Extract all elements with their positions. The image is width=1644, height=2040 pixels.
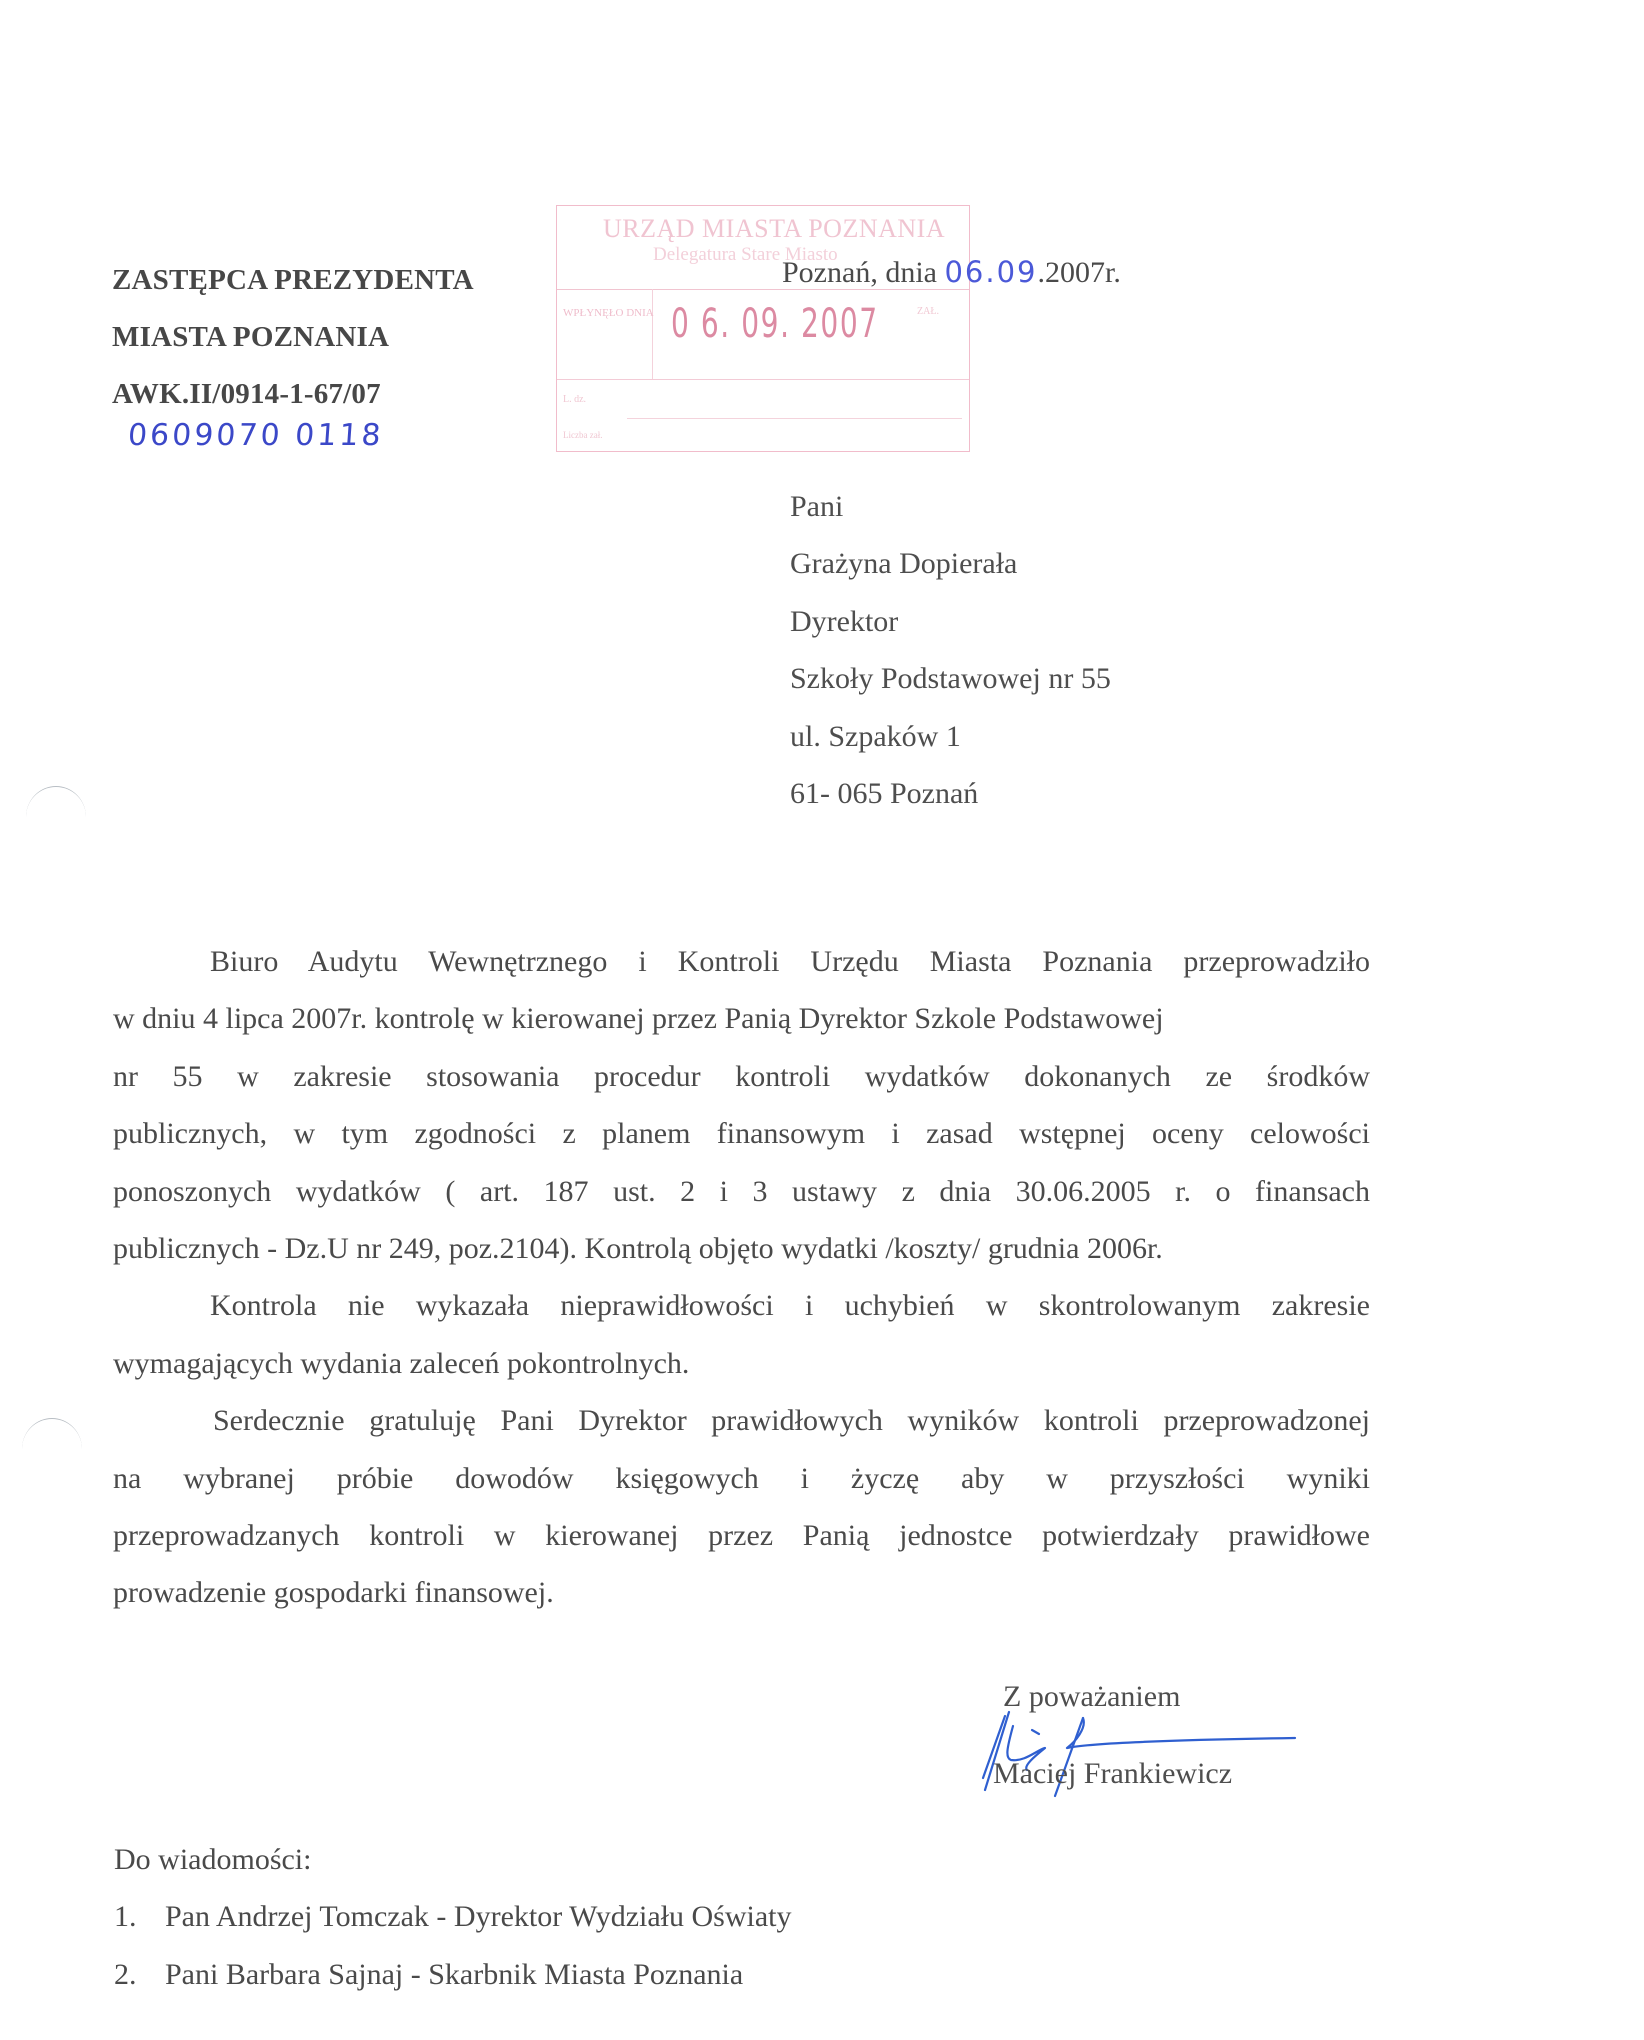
cc-item-text: Pan Andrzej Tomczak - Dyrektor Wydziału … — [165, 1888, 791, 1945]
stamp-received-label: WPŁYNĘŁO DNIA — [563, 306, 651, 320]
stamp-received-date: 0 6. 09. 2007 — [671, 301, 879, 347]
body-line: na wybranej próbie dowodów księgowych i … — [113, 1450, 1370, 1507]
body-line: Serdecznie gratuluję Pani Dyrektor prawi… — [113, 1392, 1370, 1449]
sender-city: MIASTA POZNANIA — [112, 309, 474, 366]
addressee-line: 61- 065 Poznań — [790, 765, 1111, 822]
stamp-right-label: ZAŁ. — [917, 306, 939, 317]
punch-hole-mark — [22, 1418, 82, 1449]
sender-block: ZASTĘPCA PREZYDENTA MIASTA POZNANIA AWK.… — [112, 252, 474, 423]
received-stamp: URZĄD MIASTA POZNANIA Delegatura Stare M… — [556, 205, 970, 452]
addressee-line: ul. Szpaków 1 — [790, 708, 1111, 765]
addressee-line: Grażyna Dopierała — [790, 535, 1111, 592]
cc-item: 1. Pan Andrzej Tomczak - Dyrektor Wydzia… — [114, 1888, 791, 1945]
handwritten-date: 06.09 — [944, 255, 1037, 289]
sender-title: ZASTĘPCA PREZYDENTA — [112, 252, 474, 309]
body-line: publicznych - Dz.U nr 249, poz.2104). Ko… — [113, 1220, 1370, 1277]
addressee-line: Szkoły Podstawowej nr 55 — [790, 650, 1111, 707]
letter-body: Biuro Audytu Wewnętrznego i Kontroli Urz… — [113, 933, 1370, 1622]
cc-list: Do wiadomości: 1. Pan Andrzej Tomczak - … — [114, 1831, 791, 2003]
body-line: Biuro Audytu Wewnętrznego i Kontroli Urz… — [113, 933, 1370, 990]
punch-hole-mark — [26, 786, 86, 817]
cc-item: 2. Pani Barbara Sajnaj - Skarbnik Miasta… — [114, 1946, 791, 2003]
body-line: nr 55 w zakresie stosowania procedur kon… — [113, 1048, 1370, 1105]
stamp-office: URZĄD MIASTA POZNANIA — [603, 214, 945, 244]
stamp-divider — [627, 418, 962, 419]
handwritten-registration-number: 0609070 0118 — [127, 418, 385, 453]
date-line: Poznań, dnia 06.09.2007r. — [782, 255, 1121, 290]
cc-item-number: 2. — [114, 1946, 165, 2003]
body-line: ponoszonych wydatków ( art. 187 ust. 2 i… — [113, 1163, 1370, 1220]
stamp-divider — [652, 289, 653, 379]
stamp-divider — [557, 379, 969, 380]
body-line: w dniu 4 lipca 2007r. kontrolę w kierowa… — [113, 990, 1370, 1047]
body-line: wymagających wydania zaleceń pokontrolny… — [113, 1335, 1370, 1392]
body-line: publicznych, w tym zgodności z planem fi… — [113, 1105, 1370, 1162]
cc-label: Do wiadomości: — [114, 1831, 791, 1888]
reference-number: AWK.II/0914-1-67/07 — [112, 366, 474, 423]
date-year: .2007r. — [1038, 256, 1121, 289]
signer-name: Maciej Frankiewicz — [993, 1757, 1232, 1791]
cc-item-text: Pani Barbara Sajnaj - Skarbnik Miasta Po… — [165, 1946, 743, 2003]
addressee-line: Dyrektor — [790, 593, 1111, 650]
body-line: prowadzenie gospodarki finansowej. — [113, 1564, 1370, 1621]
stamp-entry-label: L. dz. — [563, 394, 586, 405]
addressee-line: Pani — [790, 478, 1111, 535]
stamp-attachments-label: Liczba zał. — [563, 430, 602, 440]
cc-item-number: 1. — [114, 1888, 165, 1945]
date-place: Poznań, dnia — [782, 256, 944, 289]
addressee-block: Pani Grażyna Dopierała Dyrektor Szkoły P… — [790, 478, 1111, 822]
body-line: przeprowadzanych kontroli w kierowanej p… — [113, 1507, 1370, 1564]
body-line: Kontrola nie wykazała nieprawidłowości i… — [113, 1277, 1370, 1334]
